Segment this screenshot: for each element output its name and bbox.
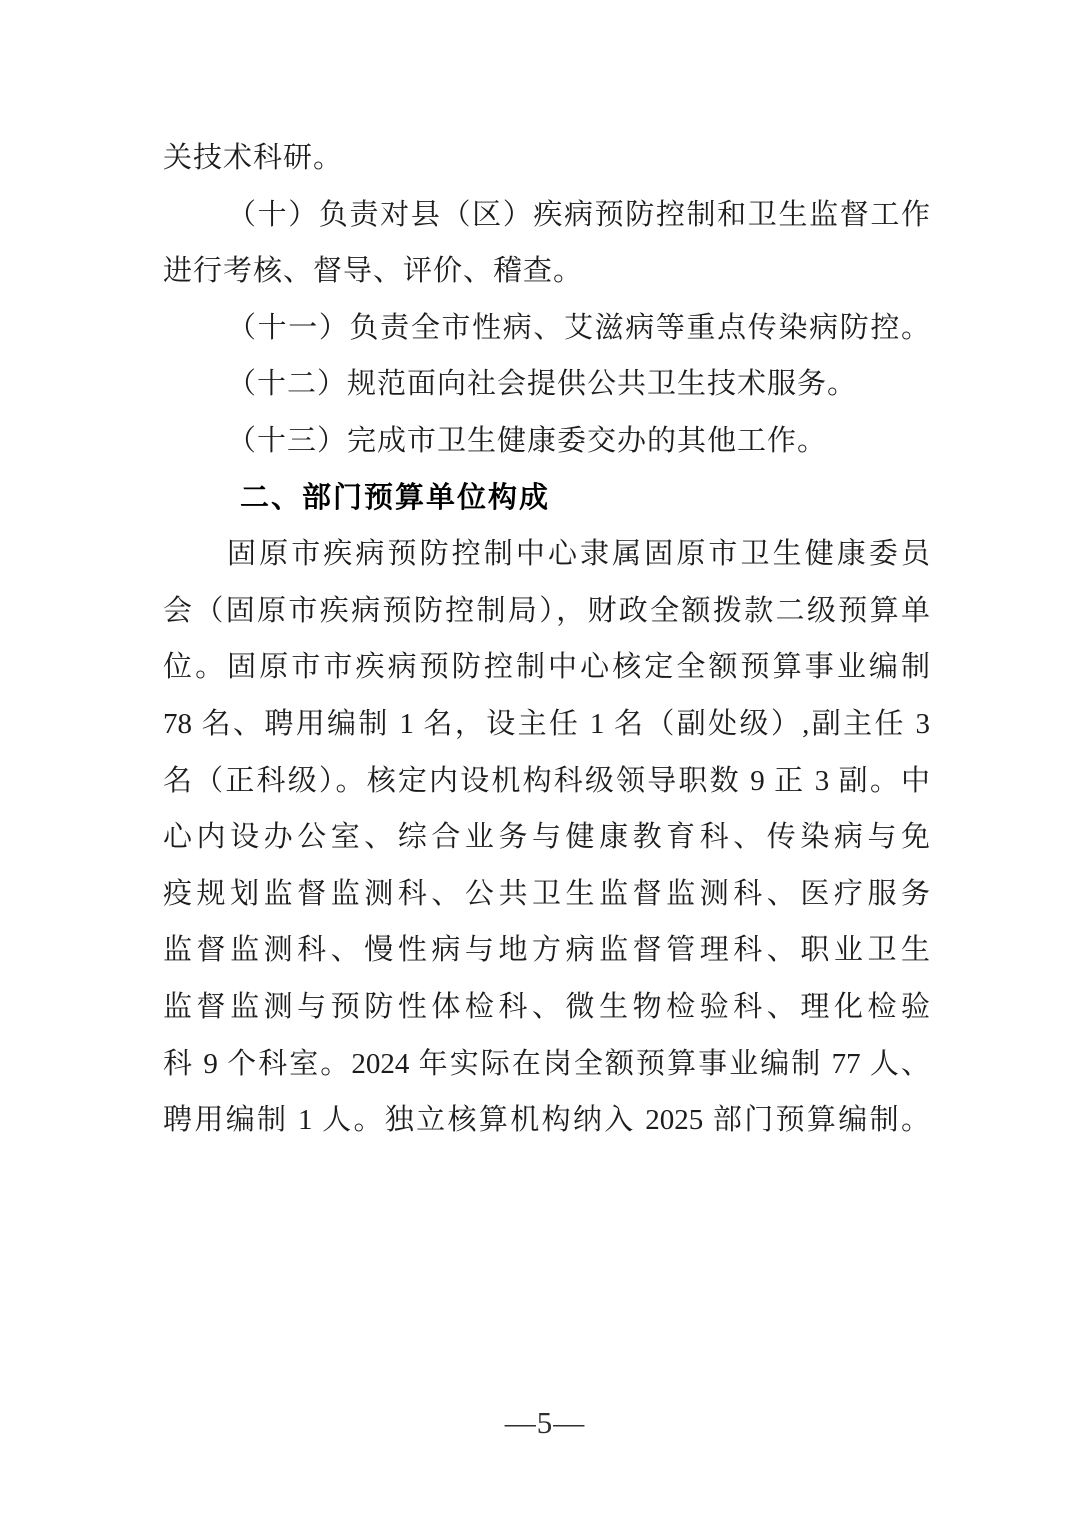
text-line: 位。固原市市疾病预防控制中心核定全额预算事业编制 — [163, 639, 930, 696]
text-line: 监督监测科、慢性病与地方病监督管理科、职业卫生 — [163, 922, 930, 979]
text-line: 固原市疾病预防控制中心隶属固原市卫生健康委员 — [163, 526, 930, 583]
text-line: 进行考核、督导、评价、稽查。 — [163, 243, 930, 300]
text-line: 名（正科级）。核定内设机构科级领导职数 9 正 3 副。中 — [163, 753, 930, 810]
text-line: （十一）负责全市性病、艾滋病等重点传染病防控。 — [163, 300, 930, 357]
text-line: （十二）规范面向社会提供公共卫生技术服务。 — [163, 356, 930, 413]
text-line: （十三）完成市卫生健康委交办的其他工作。 — [163, 413, 930, 470]
text-line: 会（固原市疾病预防控制局），财政全额拨款二级预算单 — [163, 583, 930, 640]
section-heading: 二、部门预算单位构成 — [163, 470, 930, 527]
document-page: 关技术科研。 （十）负责对县（区）疾病预防控制和卫生监督工作 进行考核、督导、评… — [0, 0, 1074, 1520]
document-body: 关技术科研。 （十）负责对县（区）疾病预防控制和卫生监督工作 进行考核、督导、评… — [163, 130, 930, 1149]
text-line: 心内设办公室、综合业务与健康教育科、传染病与免 — [163, 809, 930, 866]
page-number: —5— — [8, 1403, 1074, 1443]
text-line: （十）负责对县（区）疾病预防控制和卫生监督工作 — [163, 187, 930, 244]
text-line: 疫规划监督监测科、公共卫生监督监测科、医疗服务 — [163, 866, 930, 923]
text-line: 78 名、聘用编制 1 名，设主任 1 名（副处级）,副主任 3 — [163, 696, 930, 753]
text-line: 聘用编制 1 人。独立核算机构纳入 2025 部门预算编制。 — [163, 1092, 930, 1149]
text-line: 关技术科研。 — [163, 130, 930, 187]
text-line: 科 9 个科室。2024 年实际在岗全额预算事业编制 77 人、 — [163, 1036, 930, 1093]
text-line: 监督监测与预防性体检科、微生物检验科、理化检验 — [163, 979, 930, 1036]
